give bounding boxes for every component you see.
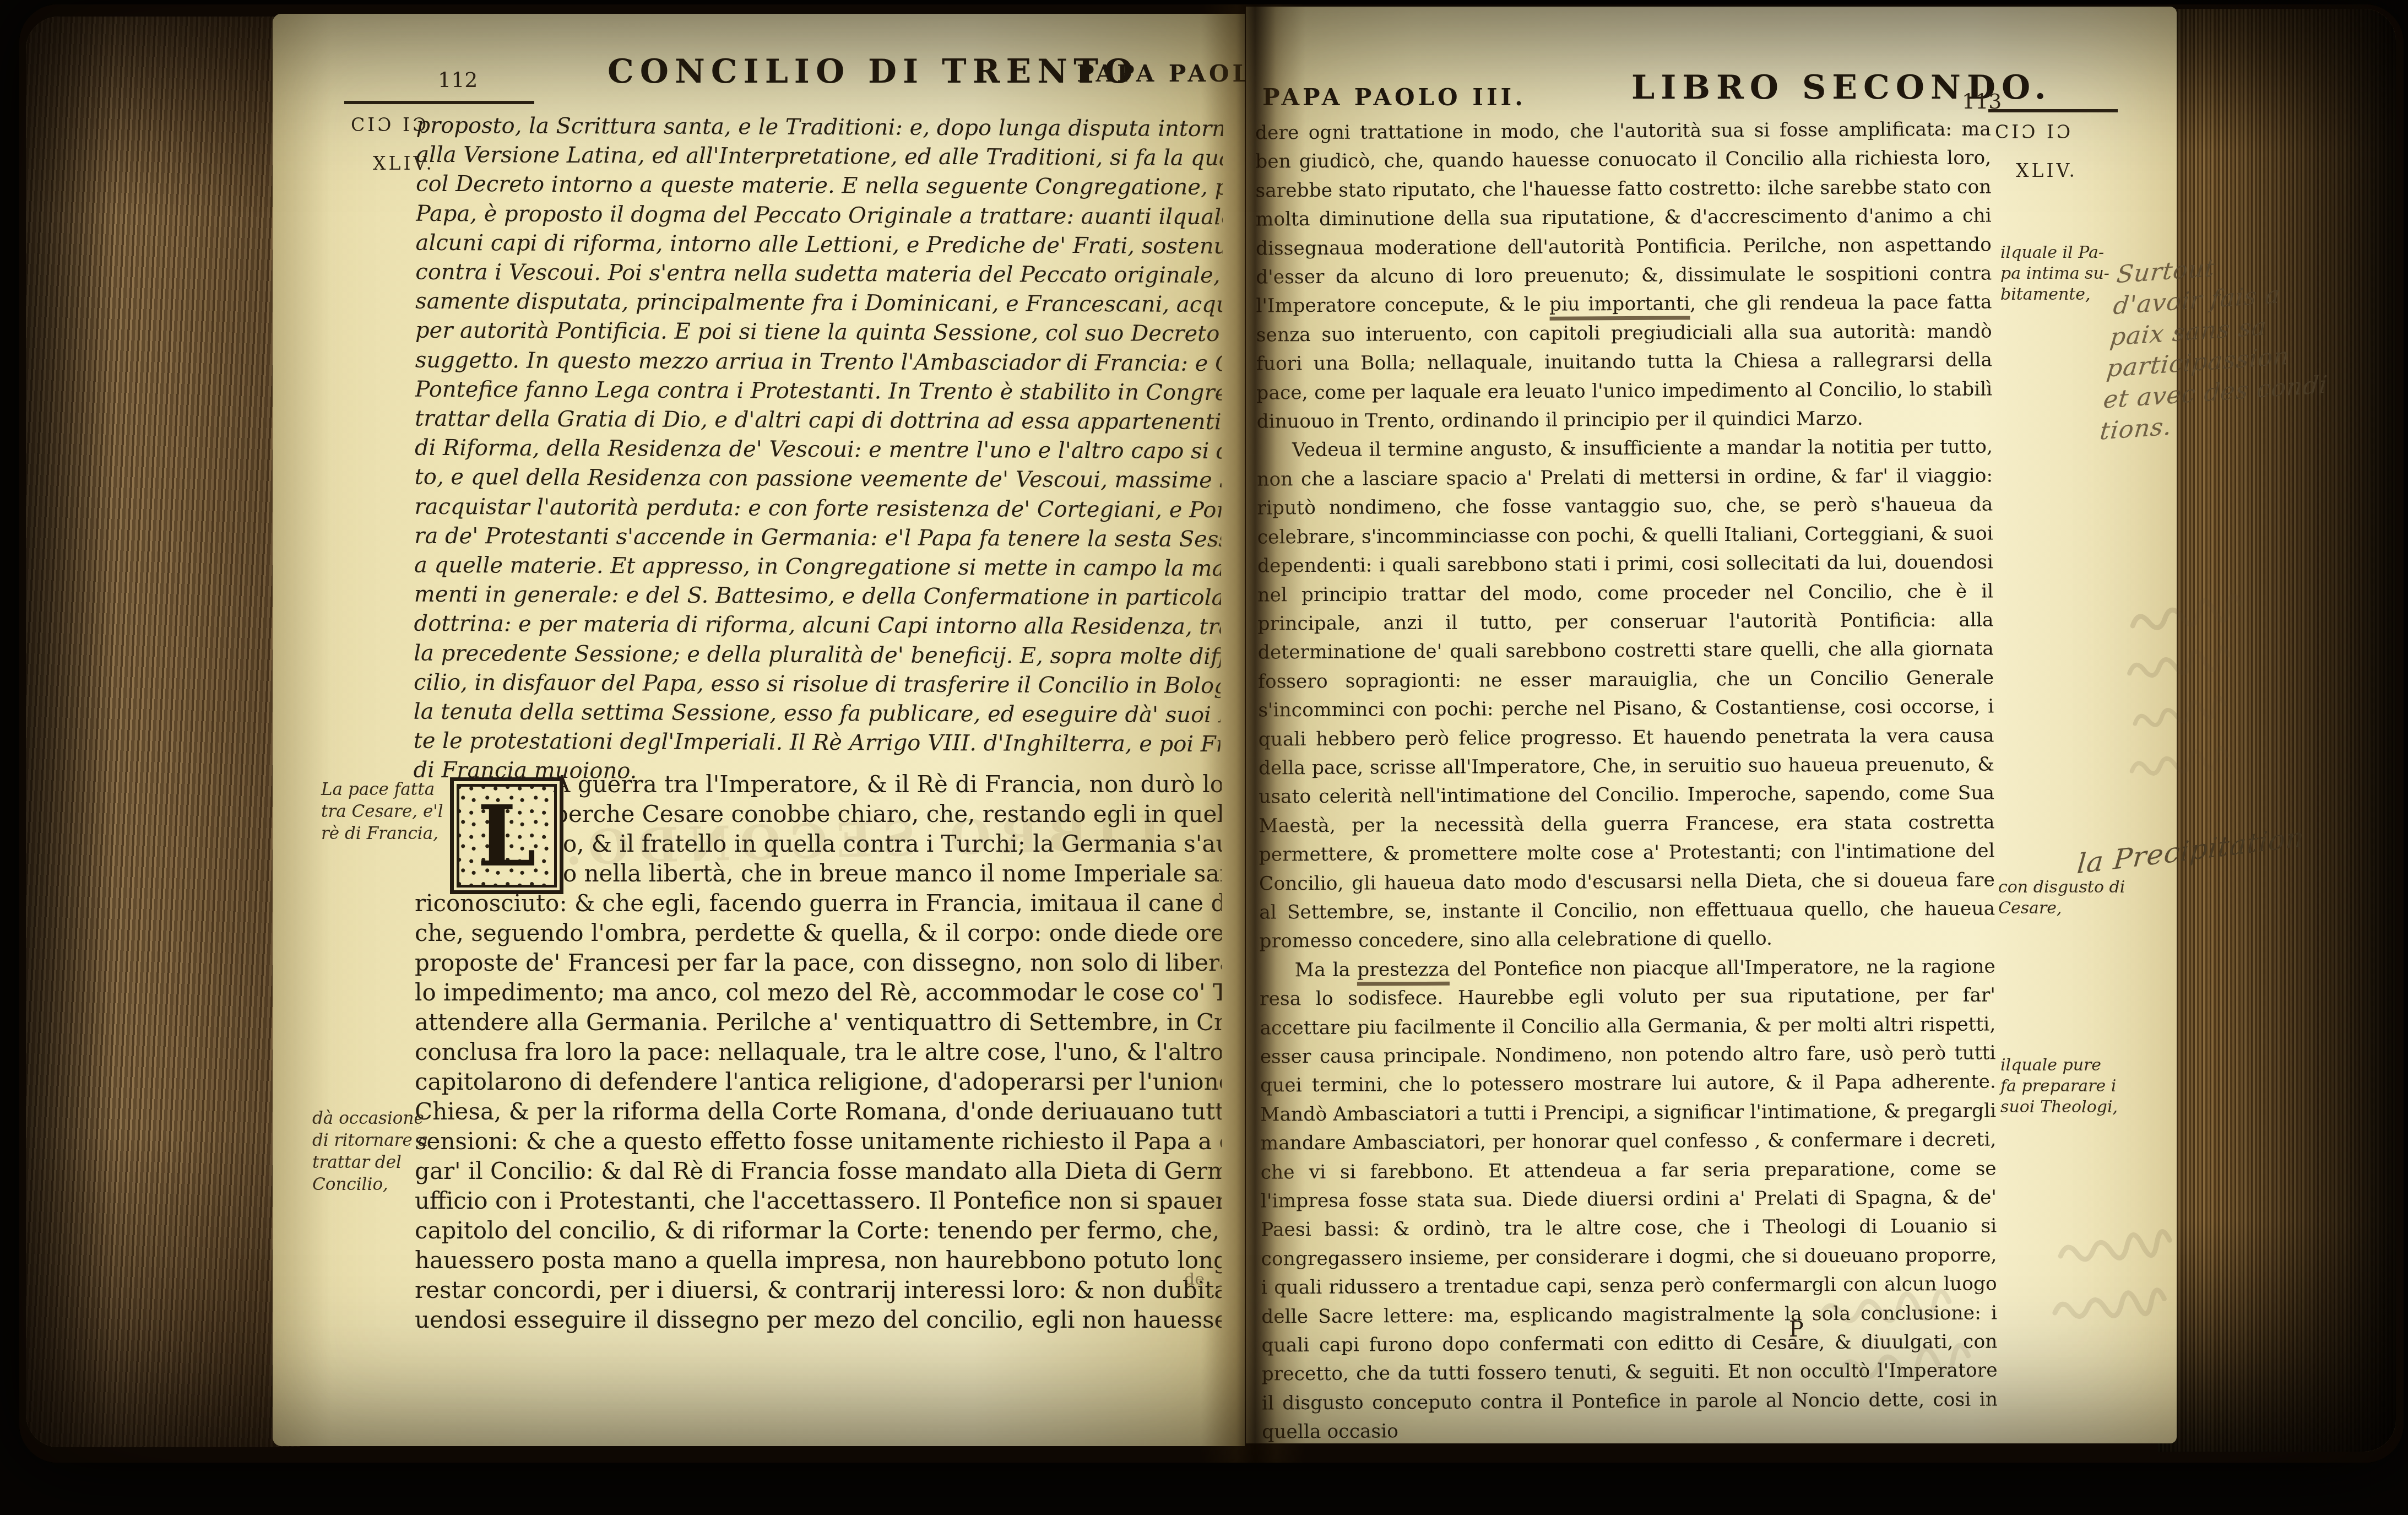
right-margin-date-line2: XLIV. <box>2016 160 2078 181</box>
left-page: 112 CONCILIO DI TRENTO PAPA PAOLO II CIƆ… <box>273 14 1245 1446</box>
right-margin-date-line1: CIƆ IƆ <box>1995 121 2073 143</box>
signature-mark: P <box>1789 1317 1804 1342</box>
paragraph-bull-announcement: dere ogni trattatione in modo, che l'aut… <box>1255 115 1993 436</box>
left-margin-note-council: dà occasionedi ritornare atrattar delCon… <box>312 1107 436 1195</box>
right-fore-edge <box>2158 9 2396 1452</box>
left-italic-summary-paragraph: proposto, la Scrittura santa, e le Tradi… <box>413 111 1223 789</box>
drop-cap-initial: L <box>450 777 563 894</box>
left-running-title-right: PAPA PAOLO II <box>1077 60 1245 87</box>
left-running-title: CONCILIO DI TRENTO <box>608 52 1139 91</box>
catchword: de <box>1184 1270 1205 1289</box>
paragraph-short-notice: Vedeua il termine angusto, & insufficien… <box>1257 432 1995 956</box>
open-book: 112 CONCILIO DI TRENTO PAPA PAOLO II CIƆ… <box>19 4 2404 1463</box>
left-margin-note-peace: La pace fattatra Cesare, e'lrè di Franci… <box>321 778 445 845</box>
right-margin-rule <box>1988 109 2118 112</box>
left-page-number: 112 <box>438 68 478 92</box>
right-page: PAPA PAOLO III. LIBRO SECONDO. 113 CIƆ I… <box>1246 7 2177 1443</box>
right-text-column: dere ogni trattatione in modo, che l'aut… <box>1255 115 1998 1443</box>
margin-note-theologians: ilquale purefa preparare isuoi Theologi, <box>2000 1055 2144 1118</box>
left-margin-rule <box>344 101 534 104</box>
margin-note-caesar-disgust: con disgusto diCesare, <box>1998 877 2141 919</box>
paragraph-emperor-displeasure: Ma la prestezza del Pontefice non piacqu… <box>1260 952 1998 1443</box>
right-running-title-left: PAPA PAOLO III. <box>1262 84 1526 111</box>
handwritten-note-french: Surtoutd'avoir fais apaix sans sapartici… <box>2098 244 2342 447</box>
left-page-block-edges <box>26 17 300 1447</box>
